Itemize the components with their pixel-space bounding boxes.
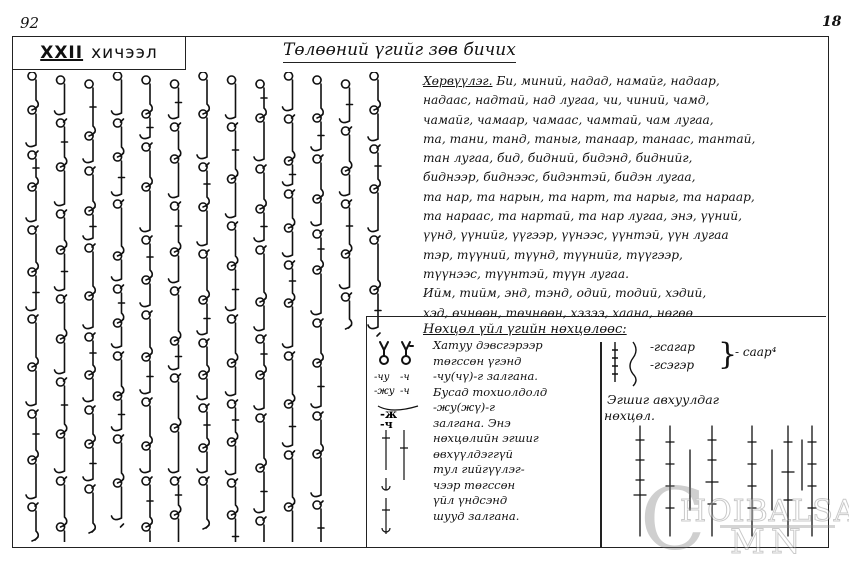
example-line: та нараас, та нартай, та нар лугаа, энэ,… (423, 207, 823, 226)
svg-text:-жу: -жу (374, 386, 395, 397)
example-line: тэр, түүний, түүнд, түүнийг, түүгээр, (423, 246, 823, 265)
example-line: үүнд, үүнийг, үүгээр, үүнээс, үүнтэй, үү… (423, 226, 823, 245)
mongolian-script-icon (22, 72, 402, 542)
suffix-result: - саар⁴ (735, 345, 776, 359)
rule-line: төгссөн үгэнд (433, 354, 603, 370)
lesson-number: XXII (40, 43, 83, 63)
rule-divider (600, 342, 602, 548)
examples-block: Хөрвүүлэг. Би, миний, надад, намайг, над… (423, 72, 823, 323)
suffix-item: -гсагар (650, 338, 695, 356)
page-number-right: 18 (822, 14, 841, 30)
rule-line: үйл үндсэнд (433, 493, 603, 509)
lesson-label: хичээл (91, 43, 158, 63)
example-line: Ийм, тийм, энд, тэнд, одий, тодий, хэдий… (423, 284, 823, 303)
watermark-line2: MN (730, 522, 807, 562)
examples-lead: Хөрвүүлэг. (423, 74, 492, 88)
rule-line: Хатуу дэвсгэрээр (433, 338, 603, 354)
rule-line: залгана. Энэ (433, 416, 603, 432)
svg-text:-ч: -ч (380, 418, 393, 431)
mongolian-glyph-icon: -чу -ч -жу -ч -ж -ч (374, 338, 430, 543)
rule-title: Нөхцөл үйл үгийн нөхцөлөөс: (423, 322, 627, 337)
example-line: та, тани, танд, таныг, танаар, танаас, т… (423, 130, 823, 149)
rule-line: өвхүүлдэггүй (433, 447, 603, 463)
suffix-item: -гсэгэр (650, 356, 695, 374)
mongolian-suffix-icon (607, 340, 647, 388)
rule-text-block: Хатуу дэвсгэрээр төгссөн үгэнд -чу(чү)-г… (433, 338, 603, 524)
example-line: түүнээс, түүнтэй, түүн лугаа. (423, 265, 823, 284)
example-line: чамайг, чамаар, чамаас, чамтай, чам луга… (423, 111, 823, 130)
example-line: Би, миний, надад, намайг, надаар, (496, 74, 719, 88)
example-line: надаас, надтай, над лугаа, чи, чиний, ча… (423, 91, 823, 110)
svg-text:-ч: -ч (400, 372, 410, 383)
rule-line: -жу(жү)-г (433, 400, 603, 416)
svg-text:-чу: -чу (374, 372, 390, 383)
mongolian-script-columns (22, 72, 402, 542)
page-number-left: 92 (20, 14, 39, 32)
example-line: биднээр, биднээс, бидэнтэй, бидэн лугаа, (423, 168, 823, 187)
suffix-glyphs (607, 340, 647, 388)
suffix-labels: -гсагар -гсэгэр (650, 338, 695, 374)
rule-glyph-column: -чу -ч -жу -ч -ж -ч (374, 338, 430, 543)
lesson-header-box: XXII хичээл (12, 36, 186, 70)
rule-line: чээр төгссөн (433, 478, 603, 494)
rule-line: Бусад тохиолдолд (433, 385, 603, 401)
rule-line: тул гийгүүлэг- (433, 462, 603, 478)
example-line: тан лугаа, бид, бидний, бидэнд, биднийг, (423, 149, 823, 168)
rule-line: шууд залгана. (433, 509, 603, 525)
rule-line: нөхцөлийн эгшиг (433, 431, 603, 447)
egshig-line: Эгшиг авхуулдаг (604, 392, 824, 408)
svg-text:-ч: -ч (400, 386, 410, 397)
page-title: Төлөөний үгийг зөв бичих (283, 40, 516, 63)
rule-line: -чу(чү)-г залгана. (433, 369, 603, 385)
example-line: та нар, та нарын, та нарт, та нарыг, та … (423, 188, 823, 207)
watermark: C HOIBALSAN MN (640, 470, 840, 560)
